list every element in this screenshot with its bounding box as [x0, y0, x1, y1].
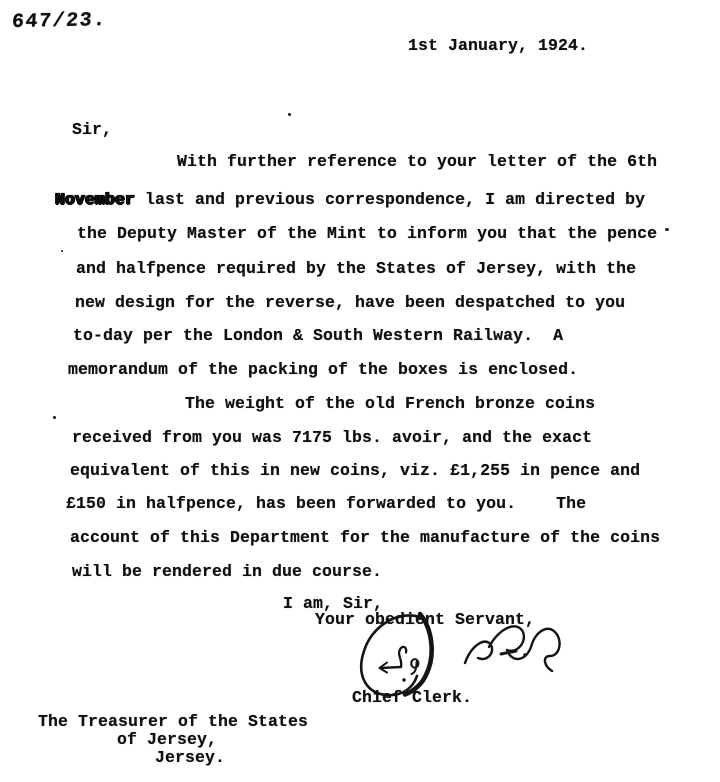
ink-speck	[53, 416, 56, 419]
body-line: to-day per the London & South Western Ra…	[73, 326, 563, 346]
recipient-line: The Treasurer of the States	[38, 712, 308, 732]
date-line: 1st January, 1924.	[408, 36, 588, 56]
signature-dot	[523, 653, 527, 657]
body-line: new design for the reverse, have been de…	[75, 293, 625, 313]
body-line: November last and previous correspondenc…	[55, 190, 645, 210]
signature-stroke	[380, 667, 401, 668]
signature-initials-scrawl	[461, 616, 571, 680]
body-line: will be rendered in due course.	[72, 562, 382, 582]
recipient-line: of Jersey,	[117, 730, 217, 750]
recipient-line: Jersey.	[155, 748, 225, 768]
body-line: memorandum of the packing of the boxes i…	[68, 360, 578, 380]
body-line: account of this Department for the manuf…	[70, 528, 660, 548]
signature-oval-left	[361, 615, 422, 695]
body-line: received from you was 7175 lbs. avoir, a…	[72, 428, 592, 448]
signature-g-loop	[411, 659, 418, 674]
body-line: With further reference to your letter of…	[177, 152, 657, 172]
body-line: £150 in halfpence, has been forwarded to…	[66, 494, 586, 514]
signature-oval-right	[405, 614, 432, 695]
ink-speck	[61, 250, 63, 252]
signature-scrawl-path	[465, 626, 560, 671]
overstruck-word: November	[55, 190, 135, 209]
reference-number: 647/23.	[11, 9, 108, 34]
ink-speck	[288, 113, 291, 116]
ink-speck	[665, 228, 669, 231]
signature-circled-initials	[356, 611, 454, 699]
body-line: The weight of the old French bronze coin…	[185, 394, 595, 414]
signature-dash	[501, 651, 516, 654]
body-line-text: last and previous correspondence, I am d…	[135, 190, 645, 209]
salutation: Sir,	[72, 120, 112, 140]
body-line: equivalent of this in new coins, viz. £1…	[70, 461, 640, 481]
letter-document: 647/23. 1st January, 1924. Sir, With fur…	[0, 0, 720, 782]
signature-hook	[399, 647, 406, 667]
signed-title: Chief Clerk.	[352, 688, 472, 708]
body-line: the Deputy Master of the Mint to inform …	[77, 224, 657, 244]
body-line: and halfpence required by the States of …	[76, 259, 636, 279]
signature-dot	[402, 678, 405, 681]
